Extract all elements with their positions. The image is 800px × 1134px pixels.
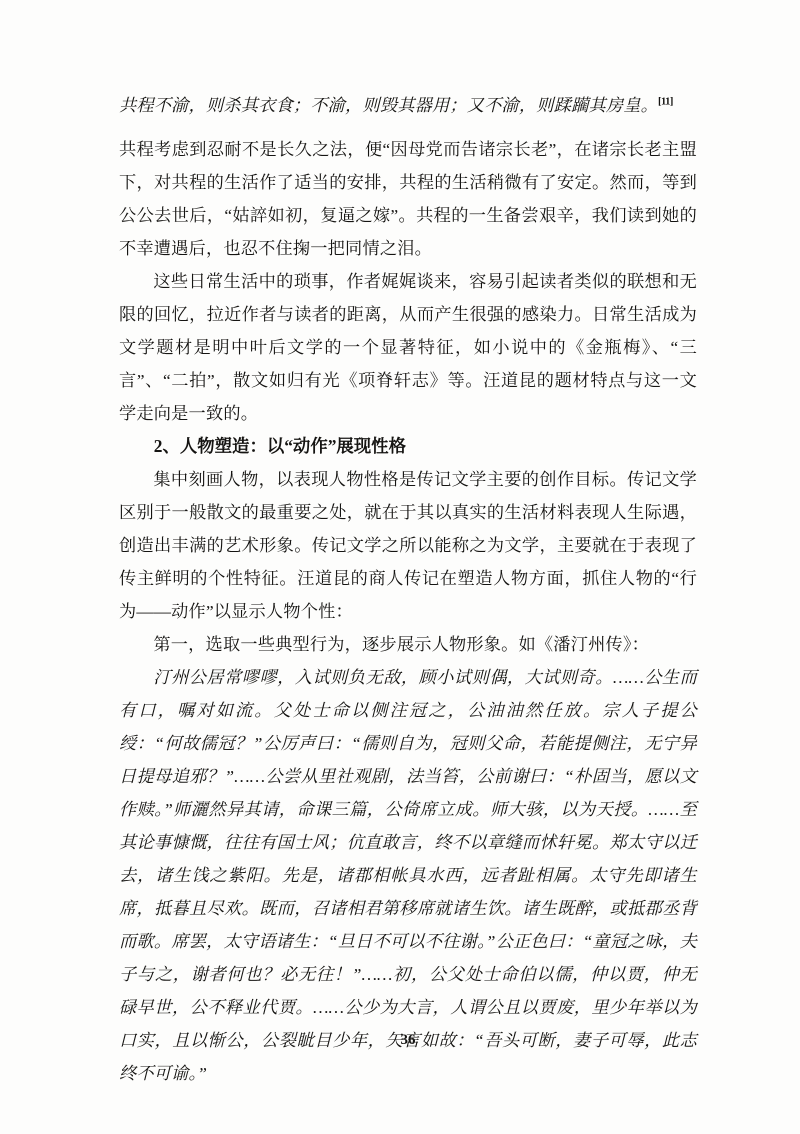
section-heading-character-shaping: 2、人物塑造：以“动作”展现性格 bbox=[119, 430, 697, 463]
footnote-reference-11: [11] bbox=[658, 96, 673, 107]
paragraph-gongcheng-commentary: 共程考虑到忍耐不是长久之法，便“因母党而告诸宗长老”，在诸宗长老主盟下，对共程的… bbox=[119, 133, 697, 265]
paragraph-first-point: 第一，选取一些典型行为，逐步展示人物形象。如《潘汀州传》： bbox=[119, 628, 697, 661]
quote-continuation-line: 共程不渝，则杀其衣食；不渝，则毁其器用；又不渝，则蹂躏其房皇。[11] bbox=[119, 89, 697, 122]
blockquote-pan-tingzhou-biography: 汀州公居常嘐嘐，入试则负无敌，顾小试则偶，大试则奇。……公生而有口，嘱对如流。父… bbox=[119, 661, 697, 1090]
scanned-thesis-page: 共程不渝，则杀其衣食；不渝，则毁其器用；又不渝，则蹂躏其房皇。[11] 共程考虑… bbox=[0, 0, 800, 1134]
paragraph-daily-life-theme: 这些日常生活中的琐事，作者娓娓谈来，容易引起读者类似的联想和无限的回忆，拉近作者… bbox=[119, 265, 697, 430]
page-number: 36 bbox=[119, 1029, 697, 1051]
paragraph-biography-goal: 集中刻画人物，以表现人物性格是传记文学主要的创作目标。传记文学区别于一般散文的最… bbox=[119, 463, 697, 628]
text-column: 共程不渝，则杀其衣食；不渝，则毁其器用；又不渝，则蹂躏其房皇。[11] 共程考虑… bbox=[119, 89, 697, 1090]
quote-continuation-text: 共程不渝，则杀其衣食；不渝，则毁其器用；又不渝，则蹂躏其房皇。 bbox=[119, 96, 658, 115]
